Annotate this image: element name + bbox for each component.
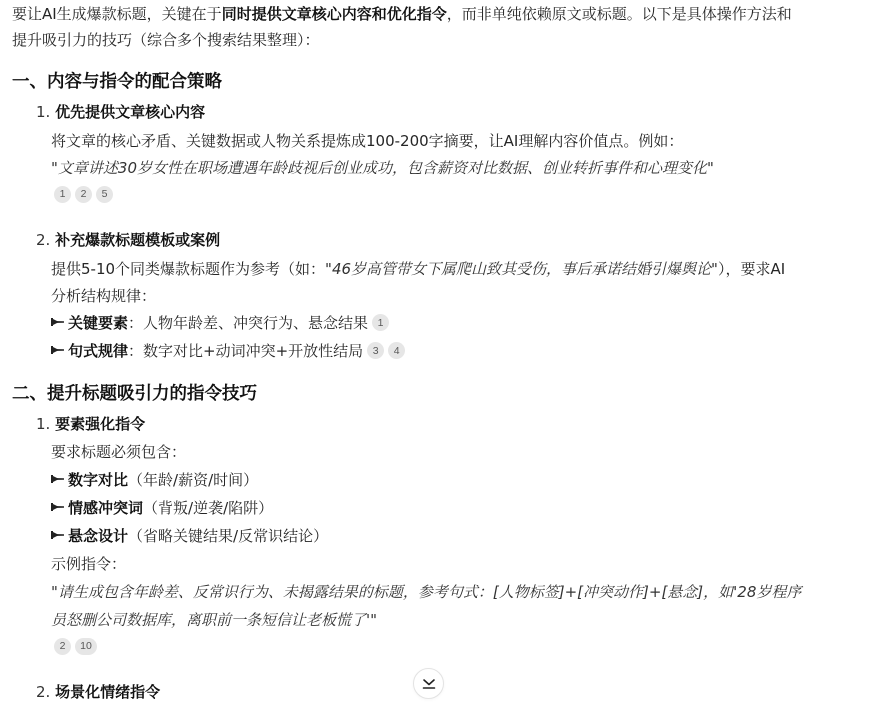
intro-text-line2: 提升吸引力的技巧（综合多个搜索结果整理）： — [12, 31, 320, 49]
citation-group: 1 2 5 — [54, 185, 113, 203]
citation-badge[interactable]: 5 — [96, 186, 113, 203]
item-text: 将文章的核心矛盾、关键数据或人物关系提炼成100-200字摘要，让AI理解内容价… — [51, 128, 683, 154]
example-quote-line1: "请生成包含年龄差、反常识行为、未揭露结果的标题，参考句式：[人物标签]+[冲突… — [51, 579, 801, 605]
citation-badge[interactable]: 2 — [75, 186, 92, 203]
list-number: 2. — [36, 683, 50, 701]
bullet-text: （年龄/薪资/时间） — [128, 471, 258, 489]
bullet-item: 情感冲突词（背叛/逆袭/陷阱） — [51, 495, 273, 521]
arrow-bullet-icon — [51, 317, 64, 327]
bullet-text: ：数字对比+动词冲突+开放性结局 — [128, 342, 363, 360]
item-text-post: ），要求AI — [718, 260, 785, 278]
bullet-label: 数字对比 — [68, 471, 128, 489]
bullet-label: 情感冲突词 — [68, 499, 143, 517]
citation-badge[interactable]: 1 — [372, 314, 389, 331]
bullet-label: 句式规律 — [68, 342, 128, 360]
citation-badge[interactable]: 1 — [54, 186, 71, 203]
intro-paragraph-line2: 提升吸引力的技巧（综合多个搜索结果整理）： — [12, 27, 320, 53]
citation-badge[interactable]: 3 — [367, 342, 384, 359]
item-text: 提供5-10个同类爆款标题作为参考（如："46岁高管带女下属爬山致其受伤，事后承… — [51, 256, 785, 282]
example-label: 示例指令： — [51, 551, 126, 577]
bullet-text: （省略关键结果/反常识结论） — [128, 527, 328, 545]
intro-paragraph-line1: 要让AI生成爆款标题，关键在于同时提供文章核心内容和优化指令，而非单纯依赖原文或… — [12, 1, 792, 27]
citation-badge[interactable]: 10 — [75, 638, 97, 655]
list-item-title: 1. 要素强化指令 — [36, 411, 145, 437]
example-quote-line2: 员怒删公司数据库，离职前一条短信让老板慌了'" — [51, 607, 377, 633]
bullet-item: 数字对比（年龄/薪资/时间） — [51, 467, 258, 493]
section-heading-2: 二、提升标题吸引力的指令技巧 — [12, 380, 257, 408]
intro-text-tail: ，而非单纯依赖原文或标题。以下是具体操作方法和 — [447, 5, 792, 23]
arrow-bullet-icon — [51, 530, 64, 540]
item-text-line2: 分析结构规律： — [51, 283, 156, 309]
item-quote: "文章讲述30岁女性在职场遭遇年龄歧视后创业成功，包含薪资对比数据、创业转折事件… — [51, 155, 714, 181]
list-number: 2. — [36, 231, 50, 249]
citation-group: 2 10 — [54, 637, 97, 655]
arrow-bullet-icon — [51, 502, 64, 512]
arrow-bullet-icon — [51, 345, 64, 355]
chevron-down-to-line-icon — [422, 678, 436, 690]
intro-bold-text: 同时提供文章核心内容和优化指令 — [222, 5, 447, 23]
item-text: 要求标题必须包含： — [51, 439, 186, 465]
bullet-text: ：人物年龄差、冲突行为、悬念结果 — [128, 314, 368, 332]
item-title: 补充爆款标题模板或案例 — [55, 231, 220, 249]
list-number: 1. — [36, 415, 50, 433]
bullet-label: 关键要素 — [68, 314, 128, 332]
item-text-quote: "46岁高管带女下属爬山致其受伤，事后承诺结婚引爆舆论" — [325, 260, 718, 278]
item-text-pre: 提供5-10个同类爆款标题作为参考（如： — [51, 260, 325, 278]
citation-badge[interactable]: 4 — [388, 342, 405, 359]
list-item-title: 1. 优先提供文章核心内容 — [36, 99, 205, 125]
bullet-item: 关键要素：人物年龄差、冲突行为、悬念结果1 — [51, 310, 389, 336]
list-item-title: 2. 场景化情绪指令 — [36, 679, 160, 705]
item-title: 要素强化指令 — [55, 415, 145, 433]
citation-badge[interactable]: 2 — [54, 638, 71, 655]
bullet-item: 悬念设计（省略关键结果/反常识结论） — [51, 523, 328, 549]
bullet-item: 句式规律：数字对比+动词冲突+开放性结局34 — [51, 338, 405, 364]
item-title: 场景化情绪指令 — [55, 683, 160, 701]
bullet-text: （背叛/逆袭/陷阱） — [143, 499, 273, 517]
bullet-label: 悬念设计 — [68, 527, 128, 545]
arrow-bullet-icon — [51, 474, 64, 484]
scroll-to-bottom-button[interactable] — [413, 668, 444, 699]
list-number: 1. — [36, 103, 50, 121]
item-title: 优先提供文章核心内容 — [55, 103, 205, 121]
intro-text: 要让AI生成爆款标题，关键在于 — [12, 5, 222, 23]
list-item-title: 2. 补充爆款标题模板或案例 — [36, 227, 220, 253]
section-heading-1: 一、内容与指令的配合策略 — [12, 68, 222, 96]
